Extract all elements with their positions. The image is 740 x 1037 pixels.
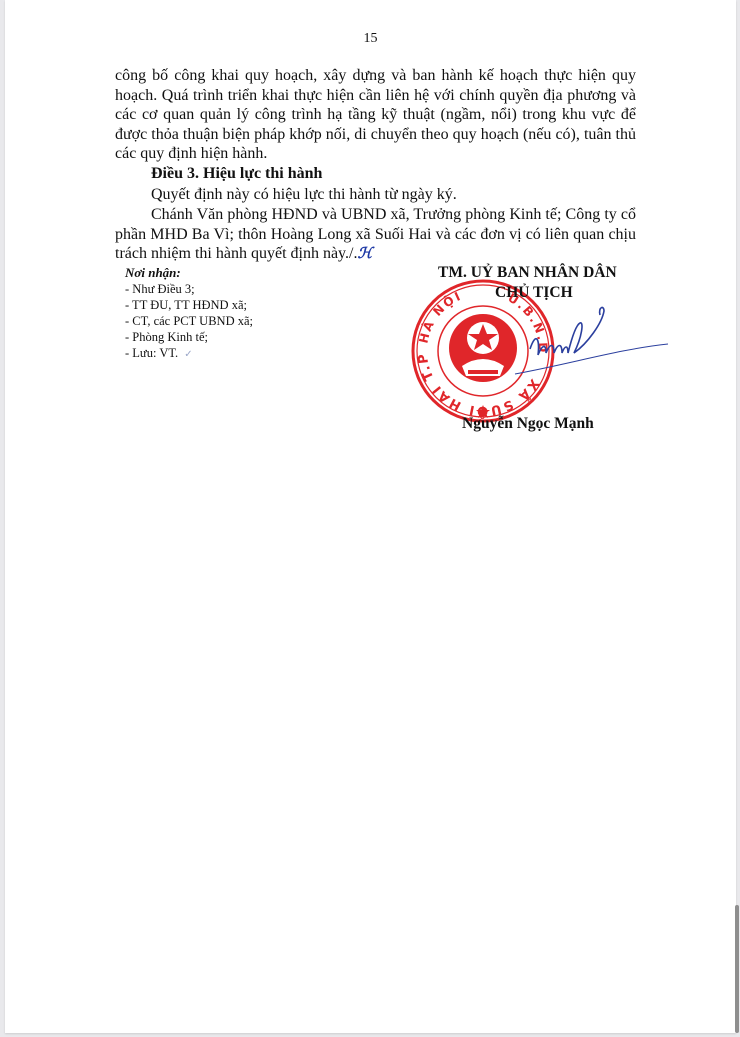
signer-title: CHỦ TỊCH xyxy=(495,284,573,302)
handwritten-signature-icon xyxy=(510,304,670,384)
article-heading: Điều 3. Hiệu lực thi hành xyxy=(151,165,322,183)
paragraph-planning: công bố công khai quy hoạch, xây dựng và… xyxy=(115,66,636,164)
recipient-item: - CT, các PCT UBND xã; xyxy=(125,313,253,329)
tick-mark-icon: ✓ xyxy=(184,349,192,360)
page-number: 15 xyxy=(5,31,736,47)
recipient-item: - Lưu: VT.✓ xyxy=(125,345,253,363)
initials-mark: ℋ xyxy=(357,244,372,262)
signer-organization: TM. UỶ BAN NHÂN DÂN xyxy=(438,264,617,282)
paragraph-effective: Quyết định này có hiệu lực thi hành từ n… xyxy=(115,185,636,205)
recipients-list: Nơi nhận: - Như Điều 3; - TT ĐU, TT HĐND… xyxy=(125,265,253,363)
paragraph-responsibility-text: Chánh Văn phòng HĐND và UBND xã, Trưởng … xyxy=(115,206,636,262)
recipients-title: Nơi nhận: xyxy=(125,265,253,281)
document-page: 15 công bố công khai quy hoạch, xây dựng… xyxy=(5,0,736,1033)
recipient-item: - TT ĐU, TT HĐND xã; xyxy=(125,297,253,313)
recipient-item-text: - Lưu: VT. xyxy=(125,346,178,360)
scrollbar-thumb[interactable] xyxy=(735,905,739,1033)
recipient-item: - Như Điều 3; xyxy=(125,281,253,297)
vertical-scrollbar[interactable] xyxy=(734,0,740,1037)
recipient-item: - Phòng Kinh tế; xyxy=(125,329,253,345)
paragraph-responsibility: Chánh Văn phòng HĐND và UBND xã, Trưởng … xyxy=(115,205,636,264)
signature-block: XÃ SUỐI HAI T.P U.B.N.D HÀ NỘI TM. UỶ BA… xyxy=(410,264,670,444)
signer-name: Nguyễn Ngọc Mạnh xyxy=(462,415,594,433)
